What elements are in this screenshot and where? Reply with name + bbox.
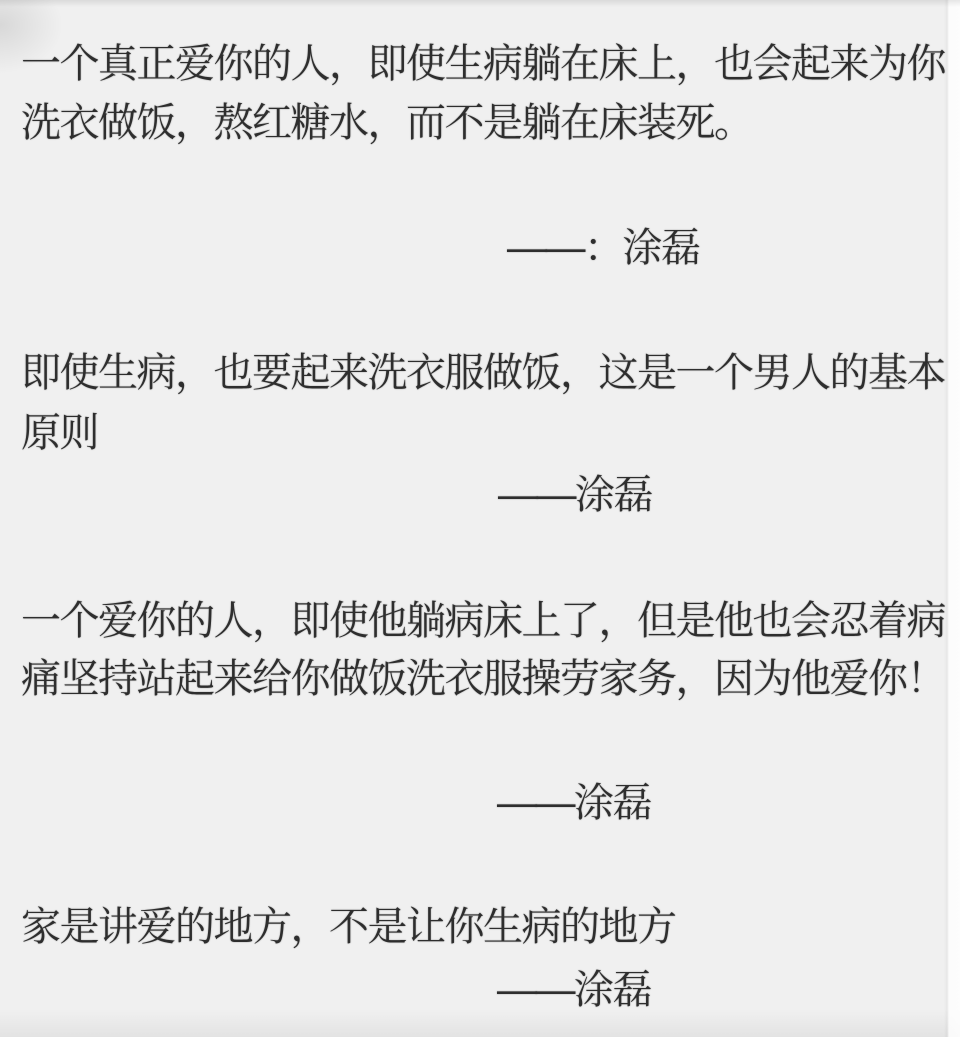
quote-2-line-2: 原则	[21, 413, 98, 453]
edge-vignette	[0, 0, 960, 1037]
quote-4-line-1: 家是讲爱的地方，不是让你生病的地方	[21, 907, 676, 947]
quote-3-line-2: 痛坚持站起来给你做饭洗衣服操劳家务，因为他爱你！	[21, 659, 945, 699]
quote-2-attribution: ——涂磊	[498, 475, 652, 515]
quote-3-line-1: 一个爱你的人，即使他躺病床上了，但是他也会忍着病	[21, 601, 945, 641]
quote-page: 一个真正爱你的人，即使生病躺在床上，也会起来为你 洗衣做饭，熬红糖水，而不是躺在…	[0, 0, 960, 1037]
quote-4-attribution: ——涂磊	[497, 970, 651, 1010]
quote-3-attribution: ——涂磊	[497, 783, 651, 823]
quote-2-line-1: 即使生病，也要起来洗衣服做饭，这是一个男人的基本	[21, 353, 945, 393]
quote-1-attribution: ——：涂磊	[507, 228, 700, 268]
quote-1-line-1: 一个真正爱你的人，即使生病躺在床上，也会起来为你	[21, 44, 945, 84]
quote-1-line-2: 洗衣做饭，熬红糖水，而不是躺在床装死。	[21, 103, 753, 143]
